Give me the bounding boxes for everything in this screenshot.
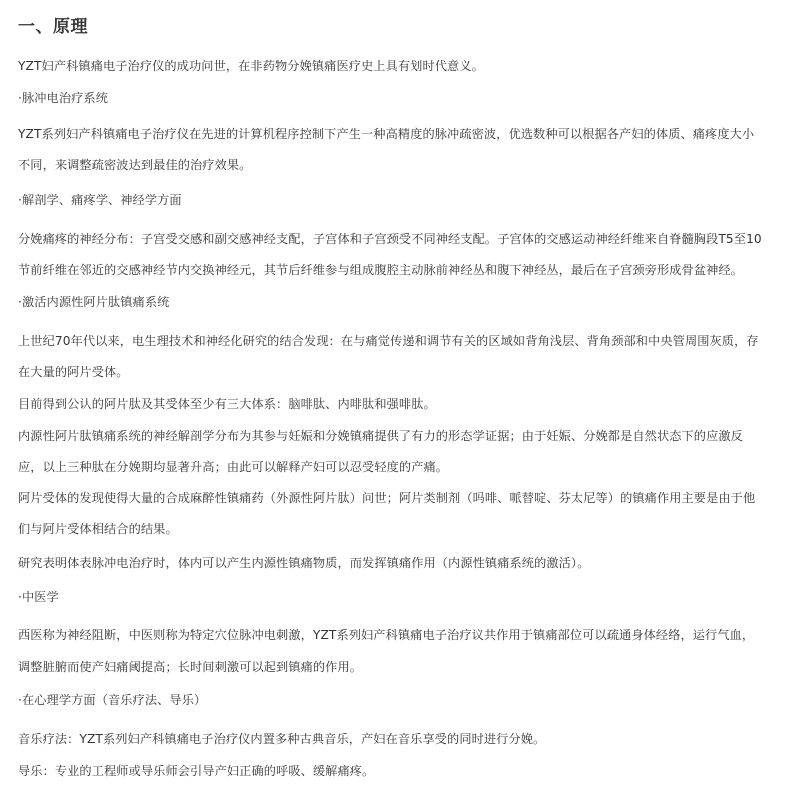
paragraph-opioid-anatomy-cont: 应，以上三种肽在分娩期均显著升高；由此可以解释产妇可以忍受轻度的产痛。 <box>18 459 448 475</box>
paragraph-pulse-therapy-cont: 不同，来调整疏密波达到最佳的治疗效果。 <box>18 157 251 173</box>
bullet-heading-pulse-therapy: ·脉冲电治疗系统 <box>18 90 108 106</box>
paragraph-opioid-receptors-cont: 们与阿片受体相结合的结果。 <box>18 521 178 537</box>
paragraph-nerve-distribution-cont: 节前纤维在邻近的交感神经节内交换神经元，其节后纤维参与组成腹腔主动脉前神经丛和腹… <box>18 262 743 278</box>
bullet-heading-opioid-system: ·激活内源性阿片肽镇痛系统 <box>18 294 169 310</box>
bullet-heading-psychology: ·在心理学方面（音乐疗法、导乐） <box>18 692 206 708</box>
bullet-heading-anatomy: ·解剖学、痛疼学、神经学方面 <box>18 192 182 208</box>
paragraph-opioid-anatomy: 内源性阿片肽镇痛系统的神经解剖学分布为其参与妊娠和分娩镇痛提供了有力的形态学证据… <box>18 428 743 444</box>
paragraph-nerve-distribution: 分娩痛疼的神经分布：子宫受交感和副交感神经支配，子宫体和子宫颈受不同神经支配。子… <box>18 231 762 247</box>
paragraph-opioid-receptors: 阿片受体的发现使得大量的合成麻醉性镇痛药（外源性阿片肽）问世；阿片类制剂（吗啡、… <box>18 490 755 506</box>
paragraph-electrophysiology-cont: 在大量的阿片受体。 <box>18 364 129 380</box>
paragraph-tcm-cont: 调整脏腑而使产妇痛阈提高；长时间刺激可以起到镇痛的作用。 <box>18 659 362 675</box>
paragraph-music-therapy: 音乐疗法：YZT系列妇产科镇痛电子治疗仪内置多种古典音乐，产妇在音乐享受的同时进… <box>18 731 545 747</box>
paragraph-electrophysiology: 上世纪70年代以来，电生理技术和神经化研究的结合发现：在与痛觉传递和调节有关的区… <box>18 333 759 349</box>
paragraph-research: 研究表明体表脉冲电治疗时，体内可以产生内源性镇痛物质，而发挥镇痛作用（内源性镇痛… <box>18 555 589 571</box>
paragraph-tcm: 西医称为神经阻断，中医则称为特定穴位脉冲电刺激，YZT系列妇产科镇痛电子治疗议共… <box>18 627 754 643</box>
paragraph-doula: 导乐：专业的工程师或导乐师会引导产妇正确的呼吸、缓解痛疼。 <box>18 763 374 779</box>
paragraph-opioid-peptides: 目前得到公认的阿片肽及其受体至少有三大体系：脑啡肽、内啡肽和强啡肽。 <box>18 396 436 412</box>
bullet-heading-tcm: ·中医学 <box>18 589 59 605</box>
paragraph-intro: YZT妇产科镇痛电子治疗仪的成功问世，在非药物分娩镇痛医疗史上具有划时代意义。 <box>18 58 484 74</box>
paragraph-pulse-therapy: YZT系列妇产科镇痛电子治疗仪在先进的计算机程序控制下产生一种高精度的脉冲疏密波… <box>18 126 754 142</box>
section-title: 一、原理 <box>18 12 88 37</box>
